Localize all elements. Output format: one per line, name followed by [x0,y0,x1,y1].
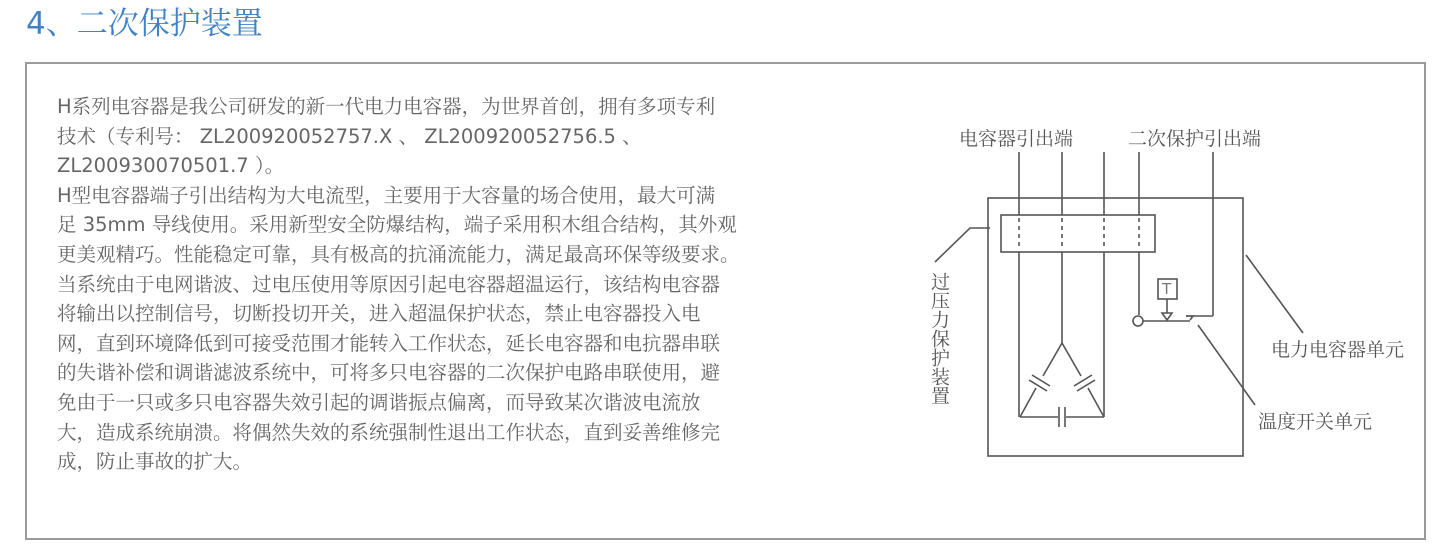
description-line: 技术（专利号： ZL200920052757.X 、 ZL20092005275… [57,122,907,152]
description-line: 免由于一只或多只电容器失效引起的调谐振点偏离，而导致某次谐波电流放 [57,388,907,418]
description-line: H系列电容器是我公司研发的新一代电力电容器，为世界首创，拥有多项专利 [57,92,907,122]
description-line: 成，防止事故的扩大。 [57,447,907,477]
description-line: ZL200930070501.7 ）。 [57,151,907,181]
description-line: H型电容器端子引出结构为大电流型，主要用于大容量的场合使用，最大可满 [57,181,907,211]
description-text: H系列电容器是我公司研发的新一代电力电容器，为世界首创，拥有多项专利 技术（专利… [57,92,907,477]
description-line: 大，造成系统崩溃。将偶然失效的系统强制性退出工作状态，直到妥善维修完 [57,418,907,448]
description-line: 更美观精巧。性能稳定可靠，具有极高的抗涌流能力，满足最高环保等级要求。 [57,240,907,270]
description-line: 足 35mm 导线使用。采用新型安全防爆结构，端子采用积木组合结构，其外观 [57,210,907,240]
description-line: 将输出以控制信号，切断投切开关，进入超温保护状态，禁止电容器投入电 [57,299,907,329]
description-line: 网，直到环境降低到可接受范围才能转入工作状态，延长电容器和电抗器串联 [57,329,907,359]
description-line: 的失谐补偿和调谐滤波系统中，可将多只电容器的二次保护电路串联使用，避 [57,358,907,388]
description-line: 当系统由于电网谐波、过电压使用等原因引起电容器超温运行，该结构电容器 [57,270,907,300]
section-title: 4、二次保护装置 [26,2,263,46]
